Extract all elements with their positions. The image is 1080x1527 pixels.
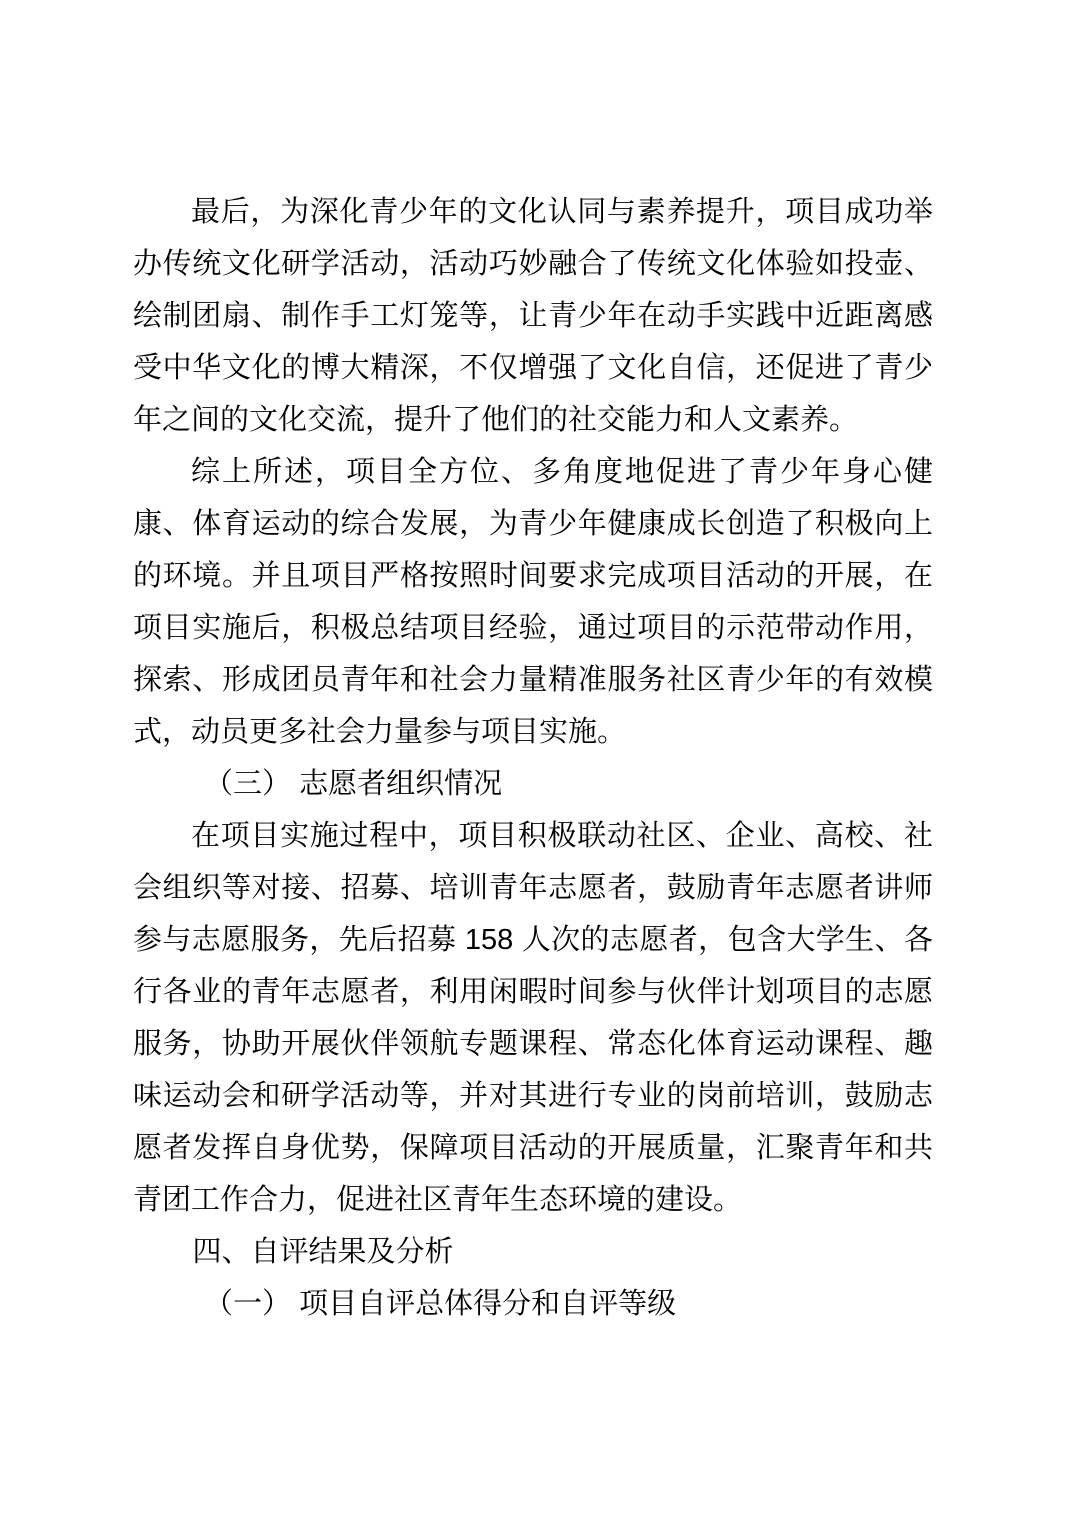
heading-volunteer-organization: （三） 志愿者组织情况: [133, 758, 933, 810]
document-content: 最后，为深化青少年的文化认同与素养提升，项目成功举办传统文化研学活动，活动巧妙融…: [133, 186, 933, 1330]
heading-self-eval-results: 四、自评结果及分析: [133, 1226, 933, 1278]
para-culture-research-activities: 最后，为深化青少年的文化认同与素养提升，项目成功举办传统文化研学活动，活动巧妙融…: [133, 186, 933, 446]
heading-self-eval-score-grade: （一） 项目自评总体得分和自评等级: [133, 1278, 933, 1330]
document-page: 最后，为深化青少年的文化认同与素养提升，项目成功举办传统文化研学活动，活动巧妙融…: [0, 0, 1080, 1527]
para-overall-summary: 综上所述，项目全方位、多角度地促进了青少年身心健康、体育运动的综合发展，为青少年…: [133, 446, 933, 758]
para-volunteer-recruitment: 在项目实施过程中，项目积极联动社区、企业、高校、社会组织等对接、招募、培训青年志…: [133, 810, 933, 1226]
